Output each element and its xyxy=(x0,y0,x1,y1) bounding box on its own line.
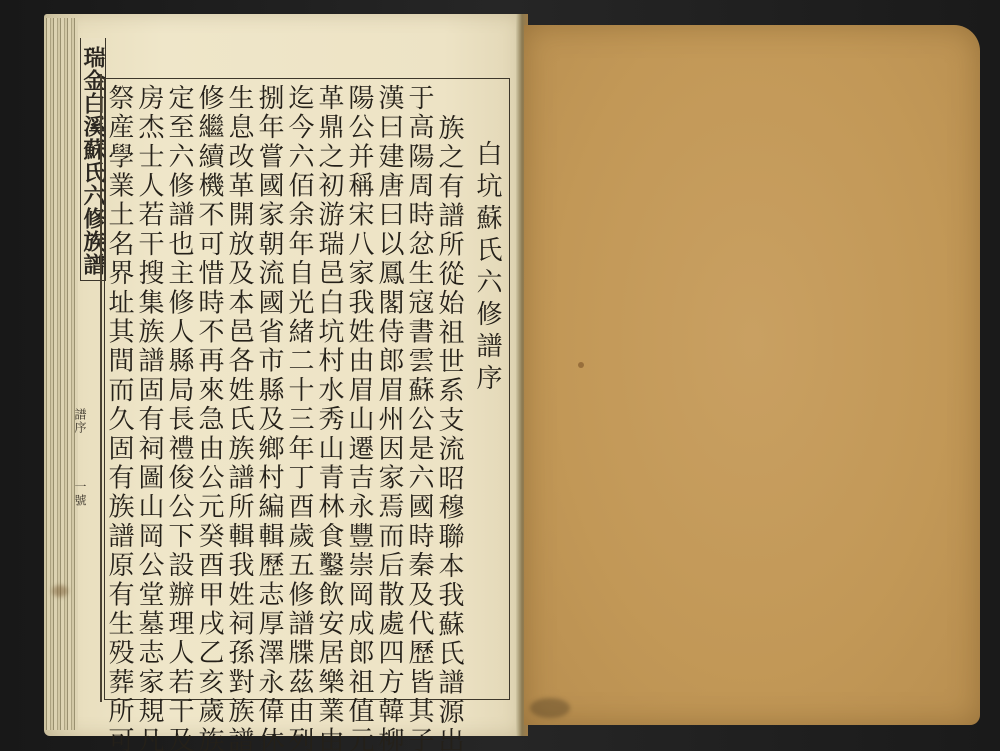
right-page-blank xyxy=(524,25,980,725)
preface-title: 白坑蘇氏六修譜序 xyxy=(472,140,502,694)
text-column-6: 迄今六佰余年自光緒二十三年丁酉歲五修譜牒茲由列拾 xyxy=(284,84,314,694)
text-column-12: 祭産學業土名界址其間而久固有族譜原有生殁葬所可考 xyxy=(104,84,134,694)
text-column-9: 修繼續機不可惜時不再來急由公元癸酉甲戌乙亥歲族譜 xyxy=(194,84,224,694)
page-edge-stack xyxy=(44,18,78,730)
text-columns: 白坑蘇氏六修譜序 族之有譜所從始祖世系支流昭穆聯本我蘇氏譜源出 于高陽周時忿生寇… xyxy=(110,84,502,694)
corner-wear-mark xyxy=(530,698,570,718)
banxin-page-number: 一號 xyxy=(72,480,89,508)
text-column-4: 陽公并稱宋八家我姓由眉山遷吉永豐崇岡成郎祖值元明 xyxy=(344,84,374,694)
banxin-section-label: 譜序 xyxy=(72,408,89,434)
text-column-11: 房杰士人若干搜集族譜固有祠圖山岡公堂墓志家規凡例 xyxy=(134,84,164,694)
text-column-3: 漢曰建唐曰以鳳閣侍郎眉州因家焉而后散處四方韓柳歐 xyxy=(374,84,404,694)
paper-stain xyxy=(52,585,68,597)
banxin-book-title: 瑞金白溪蘇氏六修族譜 xyxy=(80,38,106,281)
frame-divider-line xyxy=(100,74,102,702)
paper-spot xyxy=(578,362,584,368)
text-column-1: 族之有譜所從始祖世系支流昭穆聯本我蘇氏譜源出 xyxy=(434,114,464,694)
text-column-2: 于高陽周時忿生寇書雲蘇公是六國時秦及代歷皆其子孫 xyxy=(404,84,434,694)
text-column-10: 定至六修譜也主修人縣局長禮俊公下設辦理人若干及各 xyxy=(164,84,194,694)
text-column-7: 捌年嘗國家朝流國省市縣及鄉村編輯歷志厚澤永偉休養 xyxy=(254,84,284,694)
text-column-5: 革鼎之初游瑞邑白坑村水秀山青林食鑿飲安居樂業由明 xyxy=(314,84,344,694)
text-column-8: 生息改革開放及本邑各姓氏族譜所輯我姓祠孫對族譜重 xyxy=(224,84,254,694)
